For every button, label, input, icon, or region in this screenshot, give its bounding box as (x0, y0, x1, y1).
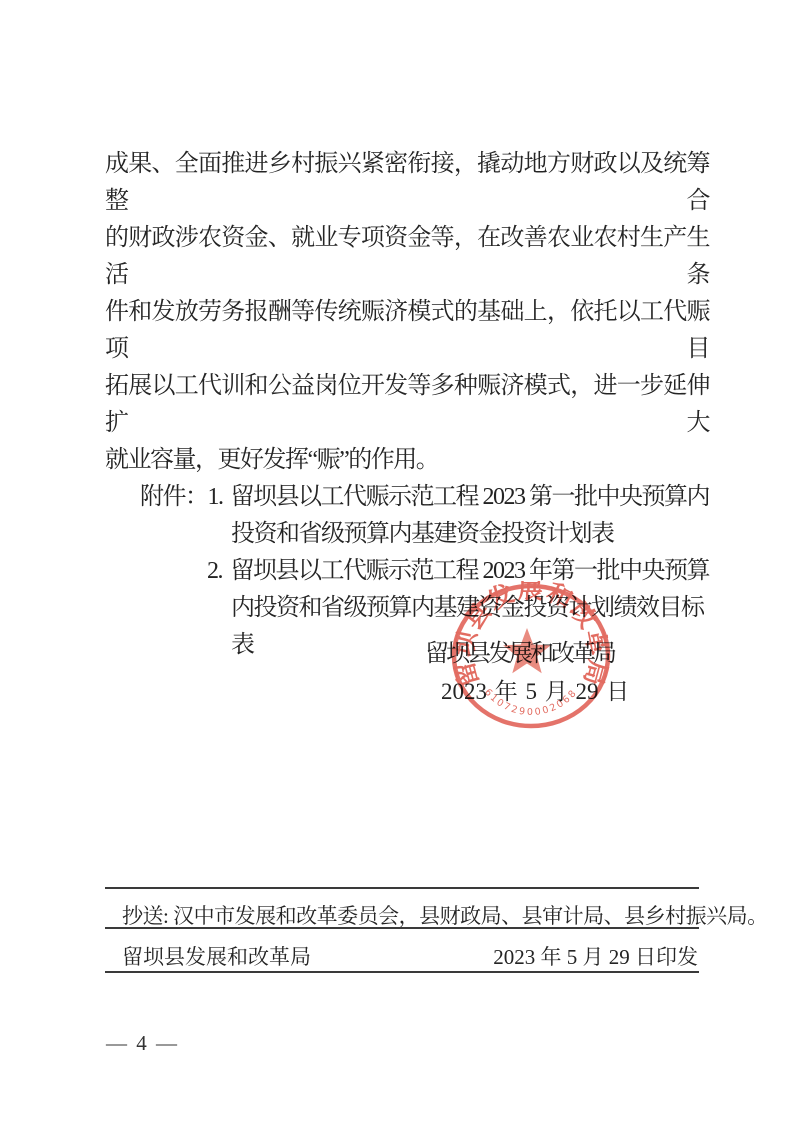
footer-divider-bottom (105, 971, 699, 973)
attachments-line-2: 投资和省级预算内基建资金投资计划表 (231, 516, 709, 553)
footer-divider-middle (105, 927, 699, 929)
body-line: 件和发放劳务报酬等传统赈济模式的基础上，依托以工代赈项目 (105, 294, 709, 368)
attachment-1-title: 留坝县以工代赈示范工程 2023 第一批中央预算内 (231, 479, 710, 516)
signature-agency: 留坝县发展和改革局 (425, 633, 614, 668)
body-line: 成果、全面推进乡村振兴紧密衔接，撬动地方财政以及统筹整合 (105, 146, 709, 220)
page-number: — 4 — (106, 1031, 179, 1056)
body-paragraph: 成果、全面推进乡村振兴紧密衔接，撬动地方财政以及统筹整合 的财政涉农资金、就业专… (105, 146, 709, 664)
attachments-line-3: 2.留坝县以工代赈示范工程 2023 年第一批中央预算 (207, 553, 709, 590)
attachments-line-1: 附件：1.留坝县以工代赈示范工程 2023 第一批中央预算内 (140, 479, 709, 516)
attachment-2-number: 2. (207, 553, 222, 590)
attachment-1-number: 1. (208, 479, 223, 516)
issuer-name: 留坝县发展和改革局 (122, 941, 311, 971)
body-line: 就业容量，更好发挥“赈”的作用。 (105, 442, 709, 479)
issuer-row: 留坝县发展和改革局 2023 年 5 月 29 日印发 (122, 941, 698, 971)
attachment-2-title: 留坝县以工代赈示范工程 2023 年第一批中央预算 (231, 553, 710, 590)
body-line: 拓展以工代训和公益岗位开发等多种赈济模式，进一步延伸扩大 (105, 368, 709, 442)
attachments-line-4: 内投资和省级预算内基建资金投资计划绩效目标 (231, 590, 709, 627)
document-page: 成果、全面推进乡村振兴紧密衔接，撬动地方财政以及统筹整合 的财政涉农资金、就业专… (0, 0, 793, 1122)
print-date: 2023 年 5 月 29 日印发 (493, 941, 698, 971)
body-line: 的财政涉农资金、就业专项资金等，在改善农业农村生产生活条 (105, 220, 709, 294)
spacer (223, 479, 231, 516)
cc-line: 抄送: 汉中市发展和改革委员会，县财政局、县审计局、县乡村振兴局。 (122, 900, 768, 930)
spacer (222, 553, 231, 590)
signature-date: 2023 年 5 月 29 日 (441, 673, 629, 706)
attachments-label: 附件： (140, 479, 208, 516)
footer-divider-top (105, 887, 699, 889)
